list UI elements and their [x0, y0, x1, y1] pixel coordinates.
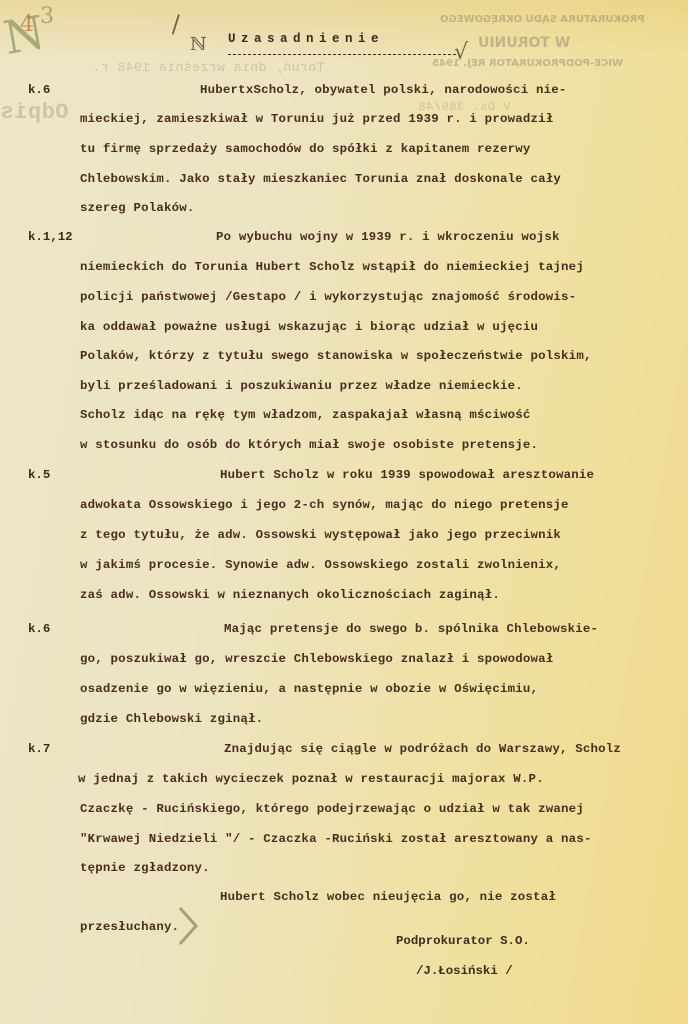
text-line: Czaczkę - Rucińskiego, którego podejrzew… [80, 802, 584, 816]
text-line: Scholz idąc na rękę tym władzom, zaspaka… [80, 408, 531, 422]
text-line: niemieckich do Torunia Hubert Scholz wst… [80, 260, 584, 274]
margin-reference: k.6 [28, 622, 50, 636]
margin-reference: k.6 [28, 83, 50, 97]
text-line: Po wybuchu wojny w 1939 r. i wkroczeniu … [216, 230, 560, 244]
text-line: Chlebowskim. Jako stały mieszkaniec Toru… [80, 172, 561, 186]
document-title: Uzasadnienie [228, 32, 384, 46]
margin-reference: k.1,12 [28, 230, 73, 244]
margin-reference: k.7 [28, 742, 50, 756]
paper-stain [0, 0, 688, 60]
margin-reference: k.5 [28, 468, 50, 482]
text-line: "Krwawej Niedzieli "/ - Czaczka -Rucińsk… [80, 832, 592, 846]
text-line: gdzie Chlebowski zginął. [80, 712, 263, 726]
ghost-stamp-line-2: W TORUNIU [478, 35, 570, 51]
text-line: szereg Polaków. [80, 201, 195, 215]
text-line: w stosunku do osób do których miał swoje… [80, 438, 538, 452]
text-line: Znajdując się ciągle w podróżach do Wars… [224, 742, 621, 756]
text-line: osadzenie go w więzieniu, a następnie w … [80, 682, 538, 696]
signature-name: /J.Łosiński / [416, 964, 513, 978]
ghost-stamp-line-1: PROKURATURA SĄDU OKRĘGOWEGO [440, 14, 645, 25]
text-line: przesłuchany. [80, 920, 179, 934]
ghost-date: Toruń, dnia września 1948 r. [92, 60, 324, 75]
text-line: policji państwowej /Gestapo / i wykorzys… [80, 290, 576, 304]
text-line: adwokata Ossowskiego i jego 2-ch synów, … [80, 498, 569, 512]
text-line: tu firmę sprzedaży samochodów do spółki … [80, 142, 531, 156]
text-line: Mając pretensje do swego b. spólnika Chl… [224, 622, 598, 636]
pen-check-icon: √ [454, 40, 468, 65]
text-line: HubertxScholz, obywatel polski, narodowo… [200, 83, 567, 97]
text-line: Hubert Scholz w roku 1939 spowodował are… [220, 468, 594, 482]
signature-role: Podprokurator S.O. [396, 934, 530, 948]
text-line: mieckiej, zamieszkiwał w Toruniu już prz… [80, 112, 553, 126]
pencil-bracket-icon [178, 906, 200, 946]
text-line: tępnie zgładzony. [80, 861, 210, 875]
document-page: Toruń, dnia września 1948 r. PROKURATURA… [0, 0, 688, 1024]
pencil-number-icon: 4 [20, 12, 34, 37]
text-line: w jednaj z takich wycieczek poznał w res… [78, 772, 544, 786]
text-line: ka oddawał poważne usługi wskazując i bi… [80, 320, 538, 334]
text-line: z tego tytułu, że adw. Ossowski występow… [80, 528, 561, 542]
text-line: zaś adw. Ossowski w nieznanych okoliczno… [80, 588, 500, 602]
pen-mark-icon: ℕ [190, 34, 206, 55]
pencil-number-icon: 3 [40, 4, 54, 29]
title-underline [228, 54, 456, 55]
text-line: w jakimś procesie. Synowie adw. Ossowski… [80, 558, 561, 572]
text-line: byli prześladowani i poszukiwaniu przez … [80, 379, 523, 393]
ghost-side-label: Odpis [0, 100, 69, 125]
text-line: Polaków, którzy z tytułu swego stanowisk… [80, 349, 592, 363]
text-line: Hubert Scholz wobec nieujęcia go, nie zo… [220, 890, 556, 904]
text-line: go, poszukiwał go, wreszcie Chlebowskieg… [80, 652, 553, 666]
